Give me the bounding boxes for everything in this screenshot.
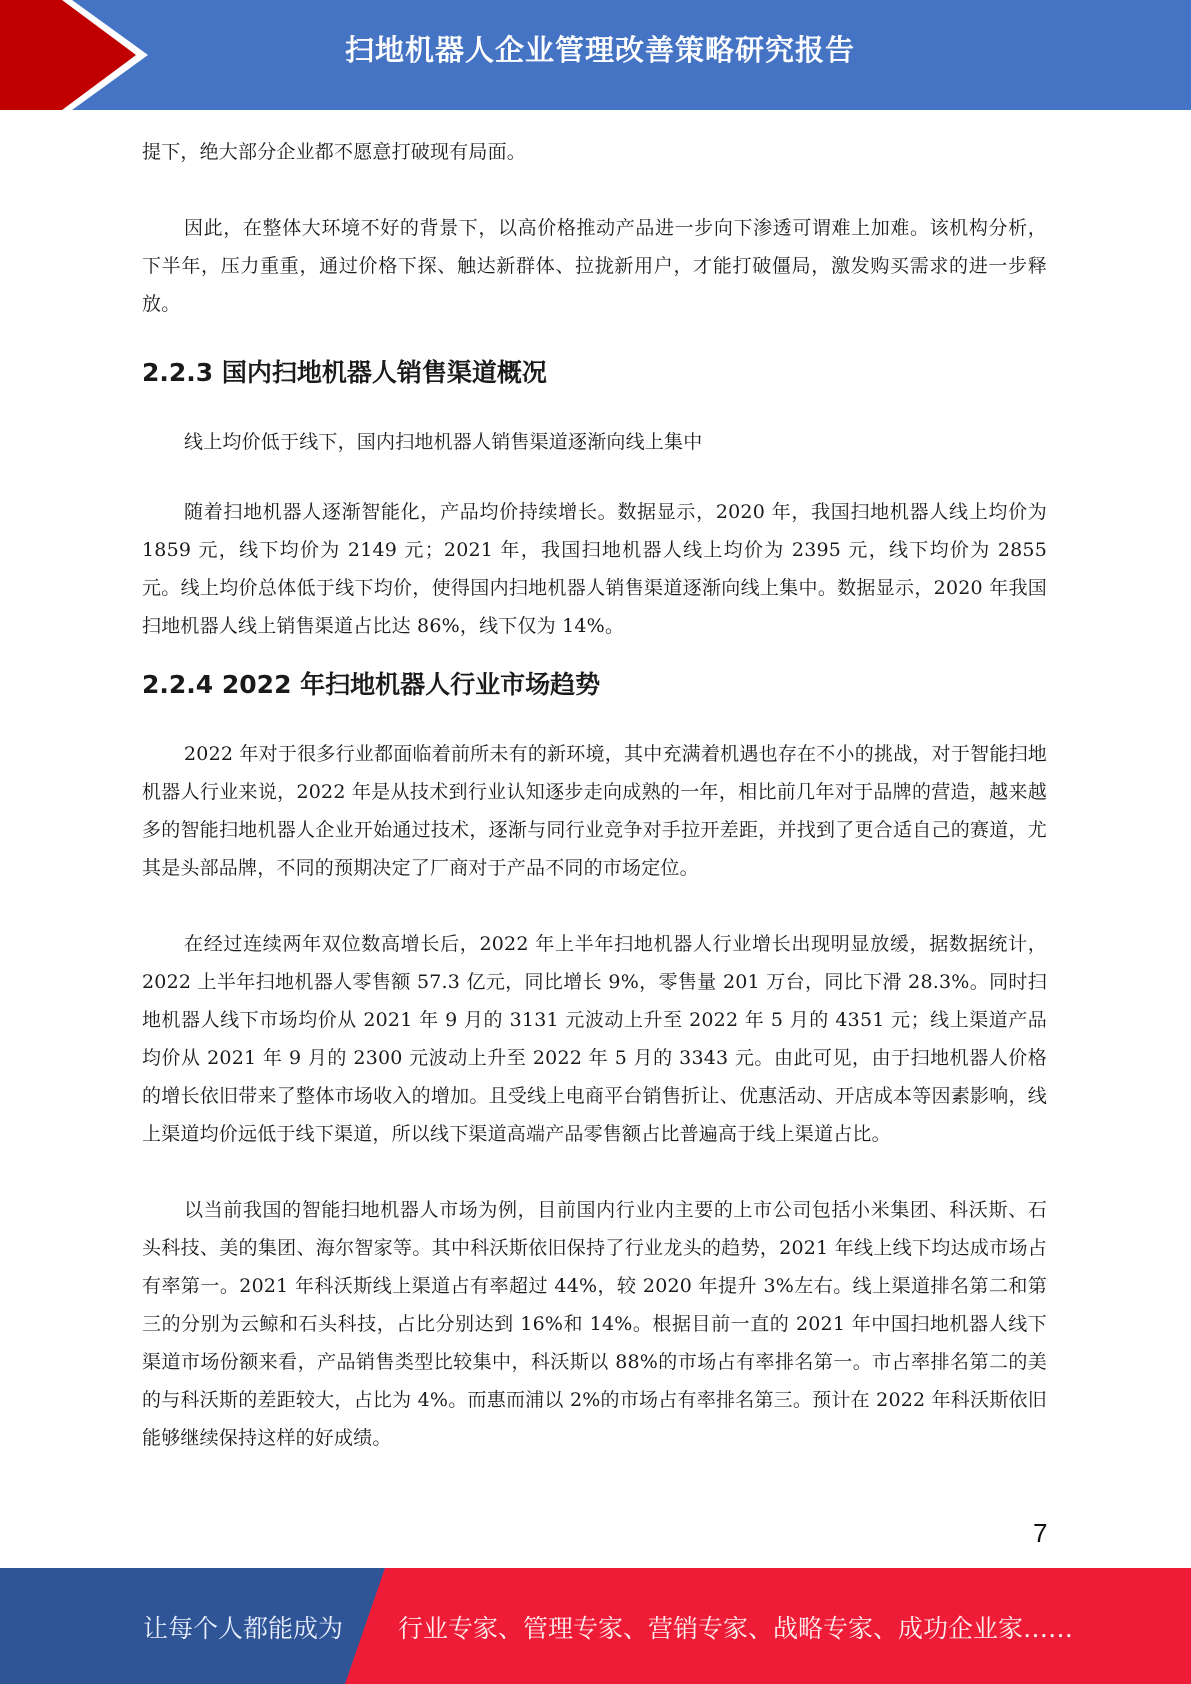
footer-slogan-left: 让每个人都能成为 bbox=[143, 1609, 343, 1645]
section-heading-2-2-4: 2.2.4 2022 年扫地机器人行业市场趋势 bbox=[142, 667, 1047, 703]
paragraph: 因此，在整体大环境不好的背景下，以高价格推动产品进一步向下渗透可谓难上加难。该机… bbox=[142, 209, 1047, 323]
paragraph: 2022 年对于很多行业都面临着前所未有的新环境，其中充满着机遇也存在不小的挑战… bbox=[142, 735, 1047, 887]
paragraph: 在经过连续两年双位数高增长后，2022 年上半年扫地机器人行业增长出现明显放缓，… bbox=[142, 925, 1047, 1153]
page-header: 扫地机器人企业管理改善策略研究报告 bbox=[0, 0, 1191, 110]
page-footer: 让每个人都能成为 行业专家、管理专家、营销专家、战略专家、成功企业家…… bbox=[0, 1568, 1191, 1684]
section-heading-2-2-3: 2.2.3 国内扫地机器人销售渠道概况 bbox=[142, 355, 1047, 391]
page-number: 7 bbox=[1033, 1518, 1047, 1549]
report-title: 扫地机器人企业管理改善策略研究报告 bbox=[345, 28, 855, 69]
document-body: 提下，绝大部分企业都不愿意打破现有局面。 因此，在整体大环境不好的背景下，以高价… bbox=[142, 133, 1047, 1457]
paragraph: 线上均价低于线下，国内扫地机器人销售渠道逐渐向线上集中 bbox=[142, 423, 1047, 461]
paragraph: 随着扫地机器人逐渐智能化，产品均价持续增长。数据显示，2020 年，我国扫地机器… bbox=[142, 493, 1047, 645]
footer-slogan-right: 行业专家、管理专家、营销专家、战略专家、成功企业家…… bbox=[398, 1609, 1073, 1645]
paragraph: 以当前我国的智能扫地机器人市场为例，目前国内行业内主要的上市公司包括小米集团、科… bbox=[142, 1191, 1047, 1457]
paragraph: 提下，绝大部分企业都不愿意打破现有局面。 bbox=[142, 133, 1047, 171]
